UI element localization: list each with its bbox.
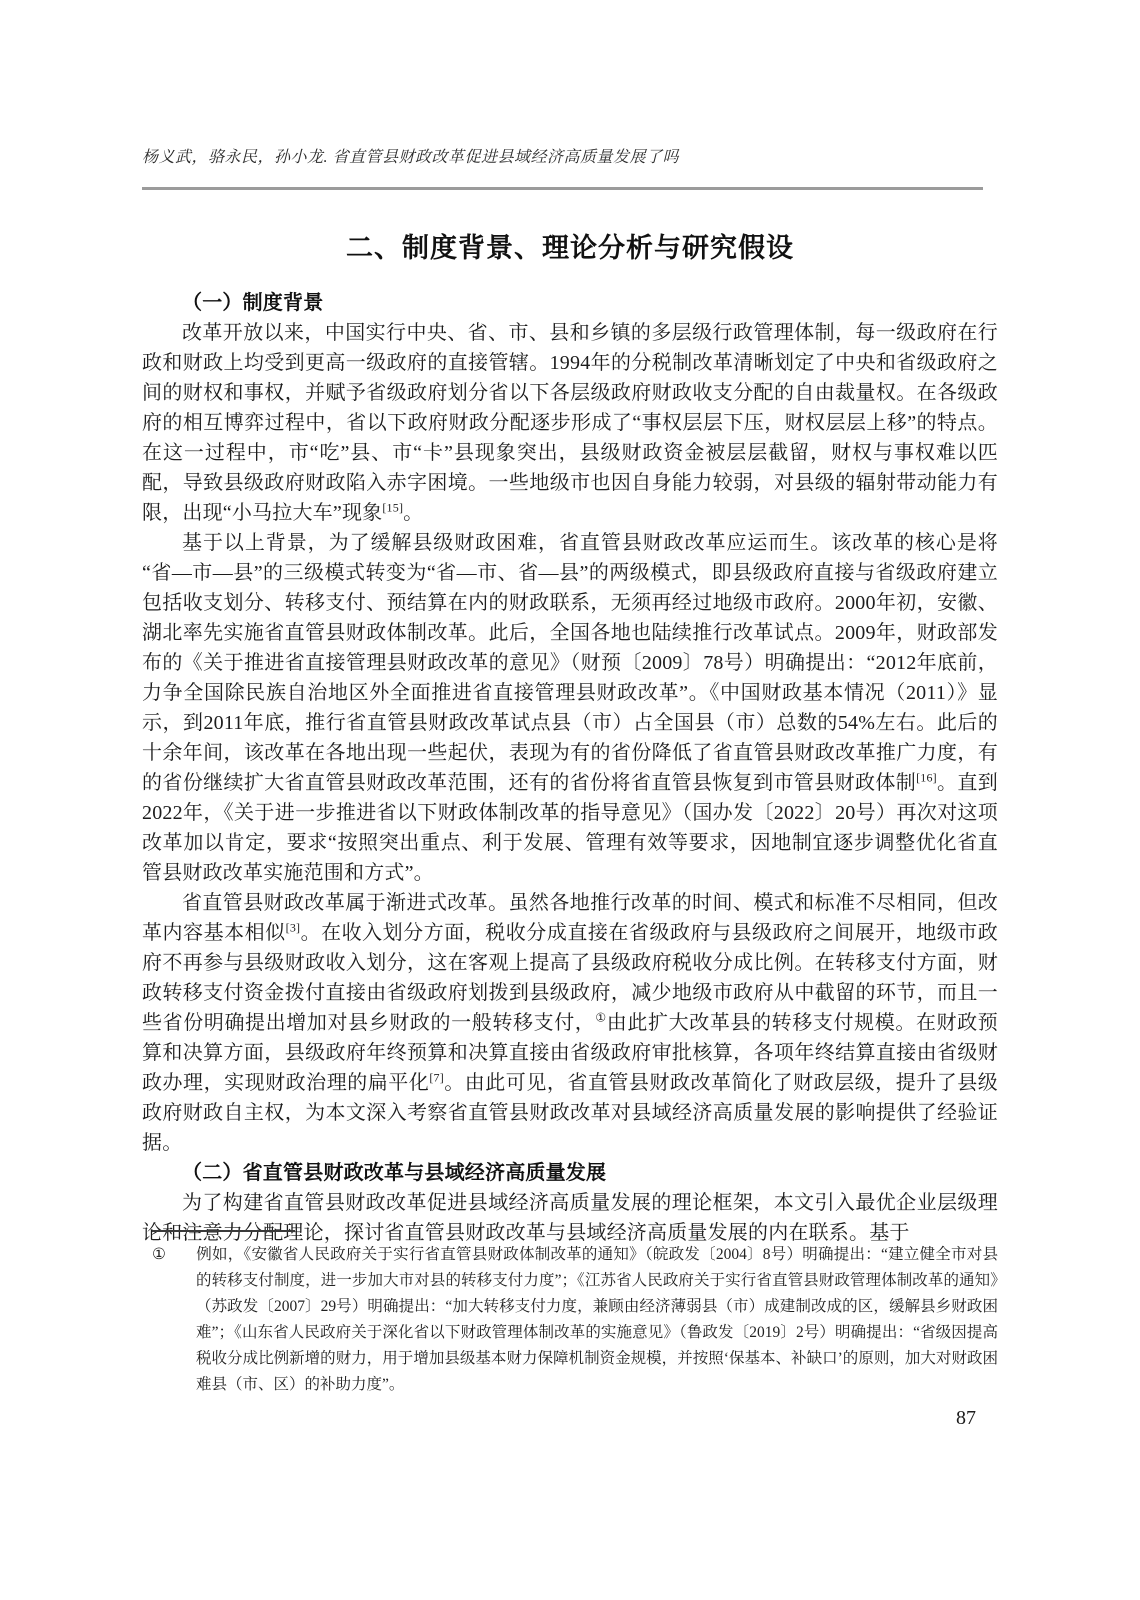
body-paragraph: 为了构建省直管县财政改革促进县域经济高质量发展的理论框架，本文引入最优企业层级理…: [142, 1188, 998, 1248]
citation-superscript: [16]: [916, 770, 937, 784]
citation-superscript: [3]: [286, 920, 301, 934]
section-heading: （二）省直管县财政改革与县域经济高质量发展: [142, 1158, 998, 1188]
section-heading: （一）制度背景: [142, 288, 998, 318]
body-paragraph: 省直管县财政改革属于渐进式改革。虽然各地推行改革的时间、模式和标准不尽相同，但改…: [142, 888, 998, 1158]
footnote-text: 例如，《安徽省人民政府关于实行省直管县财政体制改革的通知》（皖政发〔2004〕8…: [196, 1246, 998, 1393]
citation-superscript: [15]: [382, 500, 403, 514]
body-paragraph: 改革开放以来，中国实行中央、省、市、县和乡镇的多层级行政管理体制，每一级政府在行…: [142, 318, 998, 528]
paper-page: 杨义武，骆永民，孙小龙. 省直管县财政改革促进县域经济高质量发展了吗 二、制度背…: [0, 0, 1140, 1600]
running-head-citation: 杨义武，骆永民，孙小龙. 省直管县财政改革促进县域经济高质量发展了吗: [142, 144, 998, 167]
section-title: 二、制度背景、理论分析与研究假设: [142, 226, 998, 265]
citation-superscript: ①: [595, 1010, 606, 1024]
page-number: 87: [956, 1407, 976, 1430]
footnote-separator-rule: [152, 1230, 295, 1232]
footnote-item: ①例如，《安徽省人民政府关于实行省直管县财政体制改革的通知》（皖政发〔2004〕…: [152, 1242, 998, 1398]
citation-superscript: [7]: [429, 1070, 444, 1084]
article-body: （一）制度背景改革开放以来，中国实行中央、省、市、县和乡镇的多层级行政管理体制，…: [142, 288, 998, 1248]
footnote-marker: ①: [152, 1242, 196, 1268]
footnotes-block: ①例如，《安徽省人民政府关于实行省直管县财政体制改革的通知》（皖政发〔2004〕…: [152, 1242, 998, 1398]
body-paragraph: 基于以上背景，为了缓解县级财政困难，省直管县财政改革应运而生。该改革的核心是将“…: [142, 528, 998, 888]
header-divider-rule: [142, 187, 983, 190]
